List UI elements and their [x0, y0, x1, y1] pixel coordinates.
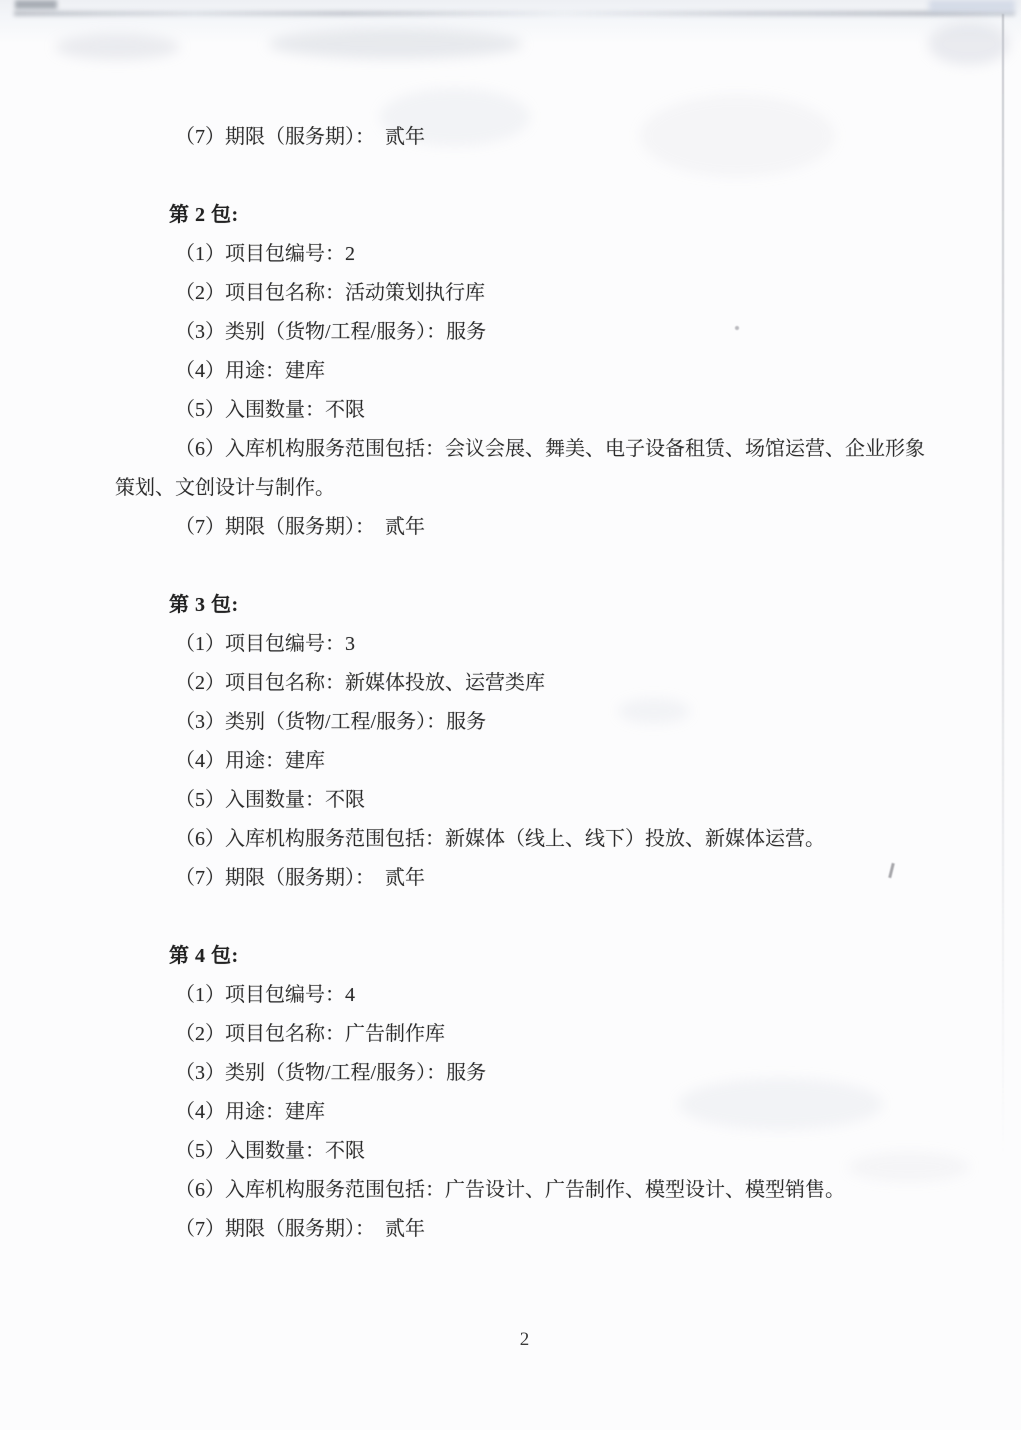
pkg4-clause-6-scope: （6）入库机构服务范围包括：广告设计、广告制作、模型设计、模型销售。	[115, 1171, 935, 1210]
pkg2-clause-2-name: （2）项目包名称：活动策划执行库	[115, 274, 935, 313]
section-heading-package-3: 第 3 包:	[115, 586, 935, 625]
scan-top-streak	[14, 11, 1015, 16]
pkg2-clause-6-scope: （6）入库机构服务范围包括：会议会展、舞美、电子设备租赁、场馆运营、企业形象策划…	[115, 430, 935, 508]
scan-smudge	[55, 34, 180, 60]
scan-corner-right-mark	[929, 0, 1015, 12]
pkg3-clause-6-scope: （6）入库机构服务范围包括：新媒体（线上、线下）投放、新媒体运营。	[115, 820, 935, 859]
section-heading-package-4: 第 4 包:	[115, 937, 935, 976]
scan-right-edge-line	[1002, 14, 1004, 1154]
pkg2-clause-3-category: （3）类别（货物/工程/服务）：服务	[115, 313, 935, 352]
pkg4-clause-5-quota: （5）入围数量：不限	[115, 1132, 935, 1171]
page-number: 2	[0, 1328, 1021, 1352]
pkg2-clause-7-term: （7）期限（服务期）： 贰年	[115, 508, 935, 547]
pkg3-clause-7-term: （7）期限（服务期）： 贰年	[115, 859, 935, 898]
scan-corner-mark	[15, 0, 57, 9]
pkg3-clause-1-number: （1）项目包编号：3	[115, 625, 935, 664]
pkg4-clause-3-category: （3）类别（货物/工程/服务）：服务	[115, 1054, 935, 1093]
pkg4-clause-7-term: （7）期限（服务期）： 贰年	[115, 1210, 935, 1249]
pkg2-clause-5-quota: （5）入围数量：不限	[115, 391, 935, 430]
document-page: （7）期限（服务期）： 贰年 第 2 包: （1）项目包编号：2 （2）项目包名…	[0, 0, 1021, 1430]
pkg2-clause-4-purpose: （4）用途：建库	[115, 352, 935, 391]
section-heading-package-2: 第 2 包:	[115, 196, 935, 235]
scan-smudge	[268, 29, 523, 59]
pkg3-clause-3-category: （3）类别（货物/工程/服务）：服务	[115, 703, 935, 742]
pkg2-clause-1-number: （1）项目包编号：2	[115, 235, 935, 274]
scan-smudge	[928, 23, 1010, 65]
pkg3-clause-5-quota: （5）入围数量：不限	[115, 781, 935, 820]
pkg4-clause-2-name: （2）项目包名称：广告制作库	[115, 1015, 935, 1054]
pkg3-clause-4-purpose: （4）用途：建库	[115, 742, 935, 781]
pkg4-clause-1-number: （1）项目包编号：4	[115, 976, 935, 1015]
clause-term-prev-package: （7）期限（服务期）： 贰年	[115, 118, 935, 157]
document-content: （7）期限（服务期）： 贰年 第 2 包: （1）项目包编号：2 （2）项目包名…	[115, 118, 935, 1249]
scan-top-shadow	[0, 0, 1021, 44]
pkg3-clause-2-name: （2）项目包名称：新媒体投放、运营类库	[115, 664, 935, 703]
pkg4-clause-4-purpose: （4）用途：建库	[115, 1093, 935, 1132]
